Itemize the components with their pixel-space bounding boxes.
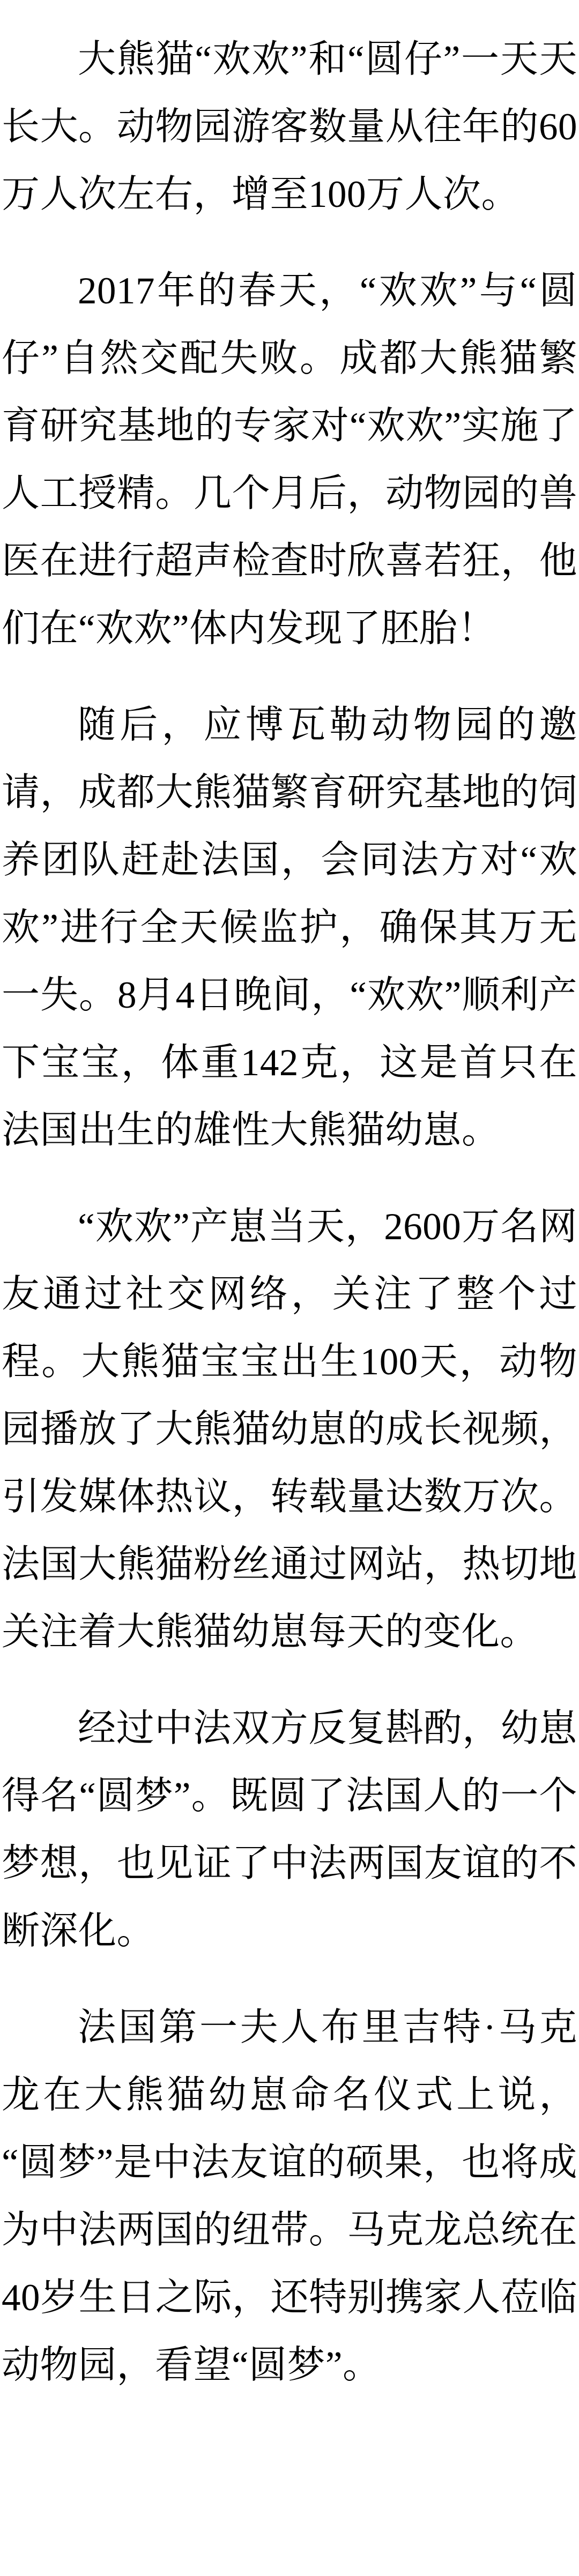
document-text: 大熊猫“欢欢”和“圆仔”一天天长大。动物园游客数量从往年的60万人次左右，增至1… (2, 26, 577, 2399)
paragraph-3: 随后，应博瓦勒动物园的邀请，成都大熊猫繁育研究基地的饲养团队赶赴法国，会同法方对… (2, 691, 577, 1164)
paragraph-5: 经过中法双方反复斟酌，幼崽得名“圆梦”。既圆了法国人的一个梦想，也见证了中法两国… (2, 1695, 577, 1965)
paragraph-2: 2017年的春天，“欢欢”与“圆仔”自然交配失败。成都大熊猫繁育研究基地的专家对… (2, 257, 577, 662)
paragraph-4: “欢欢”产崽当天，2600万名网友通过社交网络，关注了整个过程。大熊猫宝宝出生1… (2, 1193, 577, 1666)
paragraph-1: 大熊猫“欢欢”和“圆仔”一天天长大。动物园游客数量从往年的60万人次左右，增至1… (2, 26, 577, 228)
paragraph-6: 法国第一夫人布里吉特·马克龙在大熊猫幼崽命名仪式上说，“圆梦”是中法友谊的硕果，… (2, 1994, 577, 2399)
page: 大熊猫“欢欢”和“圆仔”一天天长大。动物园游客数量从往年的60万人次左右，增至1… (0, 0, 579, 2576)
